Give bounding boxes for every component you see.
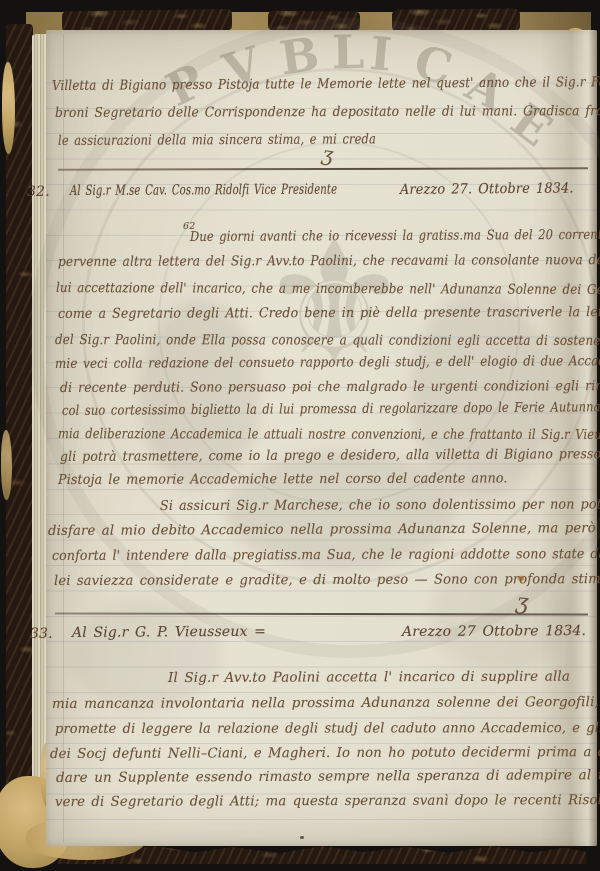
manuscript-line: Si assicuri Sig.r Marchese, che io sono … — [160, 498, 600, 513]
manuscript-line: mie veci colla redazione del consueto ra… — [55, 355, 600, 372]
entry-number: 32. — [27, 185, 50, 199]
entry-dateline: Arezzo 27 Ottobre 1834. — [402, 624, 586, 639]
manuscript-scan: P V B L I C A E ⚜ Villetta di Bigiano pr… — [0, 0, 600, 871]
ink-stain — [518, 576, 524, 581]
spine-parchment-top — [2, 62, 15, 154]
manuscript-line: del Sig.r Paolini, onde Ella possa conos… — [55, 334, 600, 349]
page-edge-stack — [32, 34, 47, 848]
closing-flourish: ʒ — [515, 589, 530, 615]
entry-number: 33. — [30, 627, 53, 641]
entry-dateline: Arezzo 27. Ottobre 1834. — [400, 181, 574, 197]
manuscript-line: come a Segretario degli Atti. Credo bene… — [58, 306, 600, 321]
manuscript-line: disfare al mio debito Accademico nella p… — [48, 522, 600, 538]
manuscript-line: pervenne altra lettera del Sig.r Avv.to … — [58, 254, 600, 270]
manuscript-line: broni Segretario delle Corrispondenze ha… — [55, 105, 600, 121]
entry-addressee: Al Sig.r M.se Cav. Cos.mo Ridolfi Vice P… — [70, 183, 337, 198]
manuscript-line: Il Sig.r Avv.to Paolini accetta l' incar… — [168, 671, 570, 686]
manuscript-line: lei saviezza considerate e gradite, e di… — [54, 573, 600, 588]
manuscript-line: Pistoja le memorie Accademiche lette nel… — [58, 472, 508, 487]
top-leather-patch — [392, 8, 520, 32]
manuscript-line: dare un Supplente essendo rimasto sempre… — [56, 769, 600, 786]
manuscript-line: conforta l' intendere dalla pregiatiss.m… — [52, 548, 600, 564]
manuscript-line: lui accettazione dell' incarico, che a m… — [56, 282, 600, 298]
manuscript-line: promette di leggere la relazione degli s… — [55, 722, 600, 737]
manuscript-line: dei Socj defunti Nelli–Ciani, e Magheri.… — [50, 746, 600, 762]
manuscript-line: mia deliberazione Accademica le attuali … — [58, 428, 600, 443]
manuscript-line: gli potrà trasmettere, come io la prego … — [60, 448, 600, 464]
manuscript-line: di recente perduti. Sono persuaso poi ch… — [60, 380, 600, 396]
spine-parchment-mid — [1, 430, 12, 500]
manuscript-line: vere di Segretario degli Atti; ma questa… — [55, 794, 600, 810]
manuscript-line: Due giorni avanti che io ricevessi la gr… — [190, 229, 600, 245]
manuscript-line: mia mancanza involontaria nella prossima… — [52, 696, 600, 711]
top-leather-patch — [268, 11, 360, 32]
entry-addressee: Al Sig.r G. P. Vieusseux = — [72, 625, 266, 640]
paper-speck — [300, 836, 304, 839]
